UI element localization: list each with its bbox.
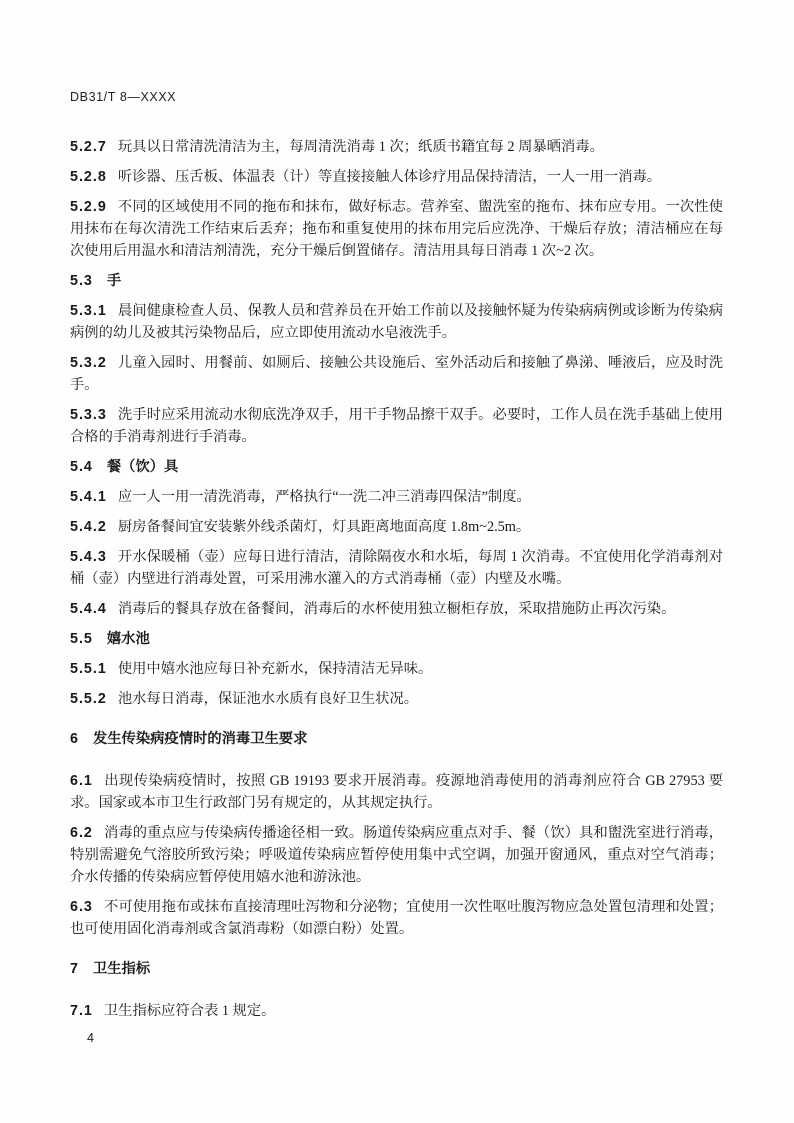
clause-5-3-3: 5.3.3洗手时应采用流动水彻底洗净双手，用干手物品擦干双手。必要时，工作人员在… xyxy=(70,404,723,448)
clause-7-1: 7.1卫生指标应符合表 1 规定。 xyxy=(70,1000,723,1022)
section-number: 5.5 xyxy=(70,631,93,647)
clause-number: 6.1 xyxy=(70,773,93,789)
clause-number: 5.4.4 xyxy=(70,601,107,617)
clause-6-2: 6.2消毒的重点应与传染病传播途径相一致。肠道传染病应重点对手、餐（饮）具和盥洗… xyxy=(70,822,723,888)
clause-number: 5.3.2 xyxy=(70,355,107,371)
clause-6-1: 6.1出现传染病疫情时，按照 GB 19193 要求开展消毒。疫源地消毒使用的消… xyxy=(70,770,723,814)
section-number: 5.4 xyxy=(70,459,93,475)
clause-text: 晨间健康检查人员、保教人员和营养员在开始工作前以及接触怀疑为传染病病例或诊断为传… xyxy=(70,303,723,341)
clause-5-4-2: 5.4.2厨房备餐间宜安装紫外线杀菌灯，灯具距离地面高度 1.8m~2.5m。 xyxy=(70,516,723,538)
clause-text: 应一人一用一清洗消毒，严格执行“一洗二冲三消毒四保洁”制度。 xyxy=(118,489,531,505)
clause-number: 5.4.2 xyxy=(70,519,107,535)
clause-6-3: 6.3不可使用拖布或抹布直接清理吐泻物和分泌物；宜使用一次性呕吐腹泻物应急处置包… xyxy=(70,896,723,940)
clause-number: 5.2.8 xyxy=(70,169,107,185)
clause-number: 5.4.3 xyxy=(70,549,107,565)
chapter-title: 卫生指标 xyxy=(93,961,150,977)
clause-5-4-1: 5.4.1应一人一用一清洗消毒，严格执行“一洗二冲三消毒四保洁”制度。 xyxy=(70,486,723,508)
chapter-number: 6 xyxy=(70,731,79,747)
clause-5-5-2: 5.5.2池水每日消毒，保证池水水质有良好卫生状况。 xyxy=(70,688,723,710)
clause-number: 6.3 xyxy=(70,899,93,915)
clause-text: 使用中嬉水池应每日补充新水，保持清洁无异味。 xyxy=(118,661,433,677)
section-heading-5-5: 5.5嬉水池 xyxy=(70,628,723,650)
clause-5-2-9: 5.2.9不同的区域使用不同的拖布和抹布，做好标志。营养室、盥洗室的拖布、抹布应… xyxy=(70,196,723,262)
clause-text: 卫生指标应符合表 1 规定。 xyxy=(104,1003,276,1019)
clause-text: 不可使用拖布或抹布直接清理吐泻物和分泌物；宜使用一次性呕吐腹泻物应急处置包清理和… xyxy=(70,899,723,937)
chapter-heading-7: 7卫生指标 xyxy=(70,958,723,980)
clause-number: 5.4.1 xyxy=(70,489,107,505)
section-title: 餐（饮）具 xyxy=(107,459,178,475)
document-header: DB31/T 8—XXXX xyxy=(70,90,176,104)
clause-5-4-4: 5.4.4消毒后的餐具存放在备餐间，消毒后的水杯使用独立橱柜存放，采取措施防止再… xyxy=(70,598,723,620)
clause-text: 消毒后的餐具存放在备餐间，消毒后的水杯使用独立橱柜存放，采取措施防止再次污染。 xyxy=(118,601,676,617)
clause-5-2-7: 5.2.7玩具以日常清洗清洁为主，每周清洗消毒 1 次；纸质书籍宜每 2 周暴晒… xyxy=(70,136,723,158)
clause-number: 5.5.1 xyxy=(70,661,107,677)
section-title: 嬉水池 xyxy=(107,631,150,647)
clause-text: 池水每日消毒，保证池水水质有良好卫生状况。 xyxy=(118,691,418,707)
clause-text: 儿童入园时、用餐前、如厕后、接触公共设施后、室外活动后和接触了鼻涕、唾液后，应及… xyxy=(70,355,723,393)
section-heading-5-4: 5.4餐（饮）具 xyxy=(70,456,723,478)
section-title: 手 xyxy=(107,273,121,289)
page-number: 4 xyxy=(87,1031,94,1045)
clause-number: 5.3.1 xyxy=(70,303,107,319)
clause-5-3-2: 5.3.2儿童入园时、用餐前、如厕后、接触公共设施后、室外活动后和接触了鼻涕、唾… xyxy=(70,352,723,396)
section-number: 5.3 xyxy=(70,273,93,289)
document-body: 5.2.7玩具以日常清洗清洁为主，每周清洗消毒 1 次；纸质书籍宜每 2 周暴晒… xyxy=(70,136,723,1030)
clause-number: 6.2 xyxy=(70,825,93,841)
chapter-number: 7 xyxy=(70,961,79,977)
clause-text: 不同的区域使用不同的拖布和抹布，做好标志。营养室、盥洗室的拖布、抹布应专用。一次… xyxy=(70,199,723,259)
clause-number: 5.5.2 xyxy=(70,691,107,707)
section-heading-5-3: 5.3手 xyxy=(70,270,723,292)
clause-number: 5.3.3 xyxy=(70,407,107,423)
clause-5-4-3: 5.4.3开水保暖桶（壶）应每日进行清洁，清除隔夜水和水垢，每周 1 次消毒。不… xyxy=(70,546,723,590)
chapter-heading-6: 6发生传染病疫情时的消毒卫生要求 xyxy=(70,728,723,750)
clause-text: 消毒的重点应与传染病传播途径相一致。肠道传染病应重点对手、餐（饮）具和盥洗室进行… xyxy=(70,825,723,885)
clause-5-3-1: 5.3.1晨间健康检查人员、保教人员和营养员在开始工作前以及接触怀疑为传染病病例… xyxy=(70,300,723,344)
document-page: DB31/T 8—XXXX 5.2.7玩具以日常清洗清洁为主，每周清洗消毒 1 … xyxy=(0,0,794,1123)
clause-text: 洗手时应采用流动水彻底洗净双手，用干手物品擦干双手。必要时，工作人员在洗手基础上… xyxy=(70,407,723,445)
clause-5-2-8: 5.2.8听诊器、压舌板、体温表（计）等直接接触人体诊疗用品保持清洁，一人一用一… xyxy=(70,166,723,188)
clause-text: 开水保暖桶（壶）应每日进行清洁，清除隔夜水和水垢，每周 1 次消毒。不宜使用化学… xyxy=(70,549,723,587)
clause-text: 玩具以日常清洗清洁为主，每周清洗消毒 1 次；纸质书籍宜每 2 周暴晒消毒。 xyxy=(118,139,604,155)
clause-5-5-1: 5.5.1使用中嬉水池应每日补充新水，保持清洁无异味。 xyxy=(70,658,723,680)
clause-number: 7.1 xyxy=(70,1003,93,1019)
clause-text: 出现传染病疫情时，按照 GB 19193 要求开展消毒。疫源地消毒使用的消毒剂应… xyxy=(70,773,723,811)
clause-text: 听诊器、压舌板、体温表（计）等直接接触人体诊疗用品保持清洁，一人一用一消毒。 xyxy=(118,169,661,185)
clause-number: 5.2.7 xyxy=(70,139,107,155)
clause-text: 厨房备餐间宜安装紫外线杀菌灯，灯具距离地面高度 1.8m~2.5m。 xyxy=(118,519,530,535)
clause-number: 5.2.9 xyxy=(70,199,107,215)
chapter-title: 发生传染病疫情时的消毒卫生要求 xyxy=(93,731,307,747)
